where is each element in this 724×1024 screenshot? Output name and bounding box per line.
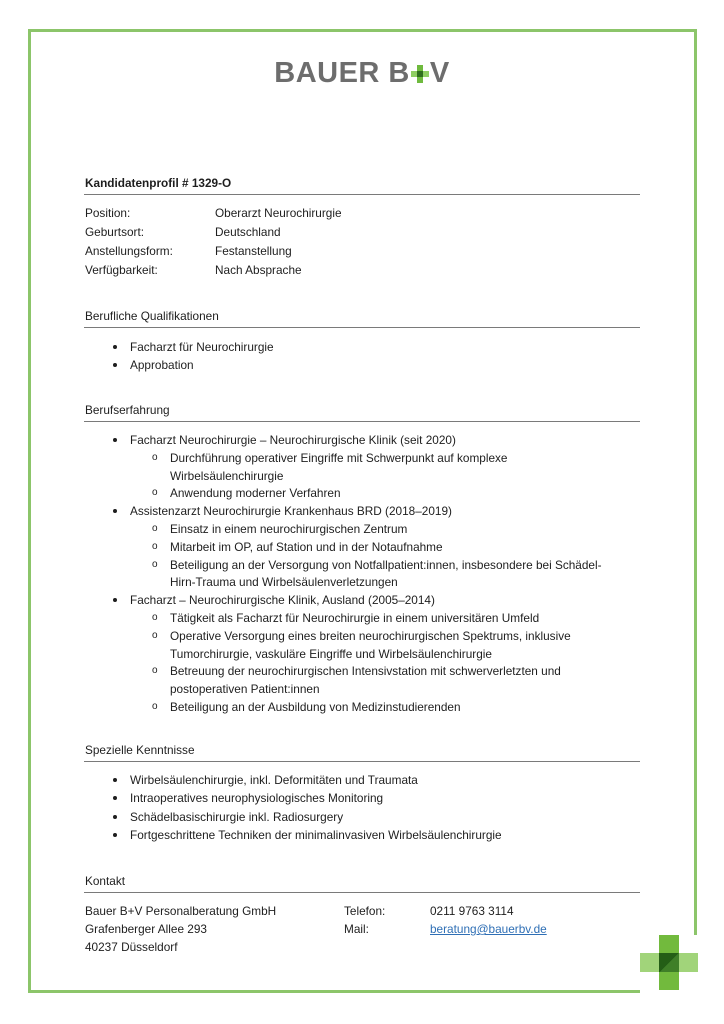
experience-detail: Wirbelsäulenchirurgie <box>170 468 283 484</box>
section-heading-qualifications: Berufliche Qualifikationen <box>85 308 219 324</box>
divider <box>84 761 640 762</box>
divider <box>84 327 640 328</box>
section-heading-skills: Spezielle Kenntnisse <box>85 742 195 758</box>
frame-left <box>28 29 31 993</box>
section-heading-experience: Berufserfahrung <box>85 402 170 418</box>
field-label: Anstellungsform: <box>85 243 173 259</box>
circle-bullet-icon: o <box>152 521 158 537</box>
mail-link[interactable]: beratung@bauerbv.de <box>430 922 547 936</box>
circle-bullet-icon: o <box>152 485 158 501</box>
bullet-icon <box>113 833 117 837</box>
field-label: Position: <box>85 205 130 221</box>
experience-detail: Einsatz in einem neurochirurgischen Zent… <box>170 521 407 537</box>
circle-bullet-icon: o <box>152 663 158 679</box>
list-item: Schädelbasischirurgie inkl. Radiosurgery <box>130 809 343 825</box>
bullet-icon <box>113 345 117 349</box>
contact-company: Bauer B+V Personalberatung GmbH <box>85 903 276 919</box>
circle-bullet-icon: o <box>152 610 158 626</box>
circle-bullet-icon: o <box>152 557 158 573</box>
circle-bullet-icon: o <box>152 450 158 466</box>
mail-label: Mail: <box>344 921 369 937</box>
experience-title: Facharzt Neurochirurgie – Neurochirurgis… <box>130 432 456 448</box>
contact-street: Grafenberger Allee 293 <box>85 921 207 937</box>
circle-bullet-icon: o <box>152 628 158 644</box>
list-item: Facharzt für Neurochirurgie <box>130 339 274 355</box>
green-cross-icon <box>411 65 429 83</box>
divider <box>84 421 640 422</box>
experience-title: Assistenzarzt Neurochirurgie Krankenhaus… <box>130 503 452 519</box>
section-heading-contact: Kontakt <box>85 873 125 889</box>
frame-bottom <box>28 990 640 993</box>
phone-number: 0211 9763 3114 <box>430 903 514 919</box>
list-item: Approbation <box>130 357 194 373</box>
field-value: Festanstellung <box>215 243 292 259</box>
bullet-icon <box>113 796 117 800</box>
experience-detail: Durchführung operativer Eingriffe mit Sc… <box>170 450 507 466</box>
divider <box>84 892 640 893</box>
bullet-icon <box>113 598 117 602</box>
mail-link-wrap: beratung@bauerbv.de <box>430 921 547 937</box>
logo-text-main: BAUER B <box>274 57 410 89</box>
circle-bullet-icon: o <box>152 539 158 555</box>
experience-detail: Beteiligung an der Versorgung von Notfal… <box>170 557 602 573</box>
list-item: Wirbelsäulenchirurgie, inkl. Deformitäte… <box>130 772 418 788</box>
circle-bullet-icon: o <box>152 699 158 715</box>
field-value: Nach Absprache <box>215 262 302 278</box>
bullet-icon <box>113 509 117 513</box>
logo-text-end: V <box>430 57 450 89</box>
field-label: Geburtsort: <box>85 224 144 240</box>
experience-detail: Tumorchirurgie, vaskuläre Eingriffe und … <box>170 646 492 662</box>
experience-detail: Operative Versorgung eines breiten neuro… <box>170 628 571 644</box>
experience-title: Facharzt – Neurochirurgische Klinik, Aus… <box>130 592 435 608</box>
bullet-icon <box>113 363 117 367</box>
field-label: Verfügbarkeit: <box>85 262 158 278</box>
divider <box>84 194 640 195</box>
field-value: Oberarzt Neurochirurgie <box>215 205 342 221</box>
bullet-icon <box>113 815 117 819</box>
profile-title: Kandidatenprofil # 1329-O <box>85 175 231 191</box>
phone-label: Telefon: <box>344 903 385 919</box>
frame-right <box>694 29 697 935</box>
list-item: Fortgeschrittene Techniken der minimalin… <box>130 827 502 843</box>
experience-detail: postoperativen Patient:innen <box>170 681 320 697</box>
company-logo: BAUER BV <box>0 57 724 89</box>
contact-city: 40237 Düsseldorf <box>85 939 177 955</box>
list-item: Intraoperatives neurophysiologisches Mon… <box>130 790 383 806</box>
experience-detail: Tätigkeit als Facharzt für Neurochirurgi… <box>170 610 539 626</box>
bullet-icon <box>113 778 117 782</box>
experience-detail: Hirn-Trauma und Wirbelsäulenverletzungen <box>170 574 398 590</box>
frame-top <box>28 29 696 32</box>
bullet-icon <box>113 438 117 442</box>
experience-detail: Anwendung moderner Verfahren <box>170 485 341 501</box>
experience-detail: Mitarbeit im OP, auf Station und in der … <box>170 539 443 555</box>
experience-detail: Betreuung der neurochirurgischen Intensi… <box>170 663 561 679</box>
field-value: Deutschland <box>215 224 281 240</box>
experience-detail: Beteiligung an der Ausbildung von Medizi… <box>170 699 461 715</box>
